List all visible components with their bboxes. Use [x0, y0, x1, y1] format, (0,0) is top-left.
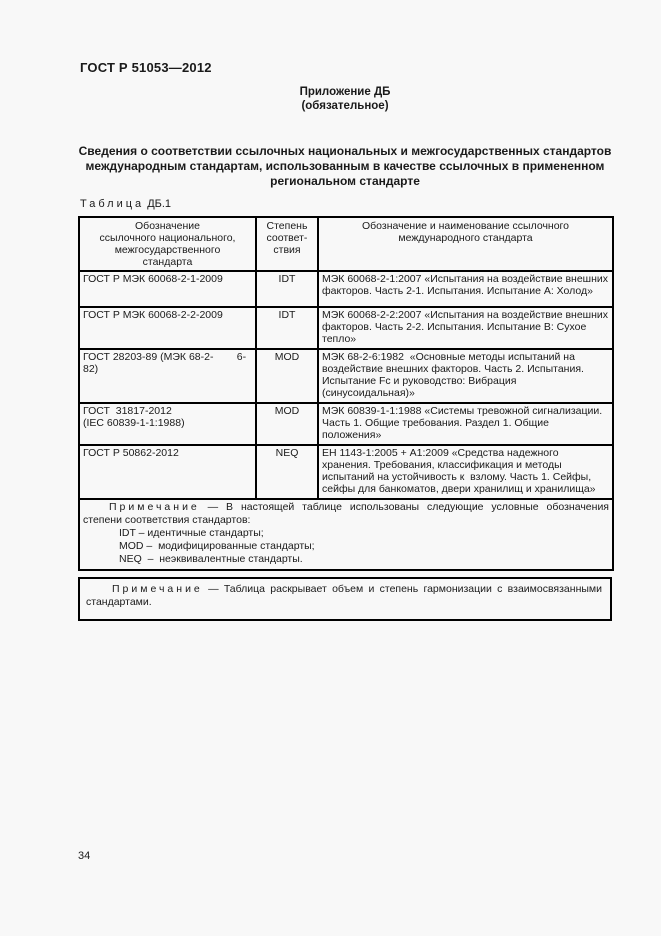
table-label: Таблица ДБ.1 [80, 198, 171, 210]
standard-code: ГОСТ Р 51053—2012 [80, 60, 212, 75]
designation-cell: ГОСТ Р 50862-2012 [79, 445, 256, 499]
designation-cell: ГОСТ Р МЭК 60068-2-1-2009 [79, 271, 256, 307]
footnote-paragraph: Примечание — Таблица раскрывает объем и … [86, 583, 602, 609]
table-header-row: Обозначение ссылочного национального, ме… [79, 217, 613, 271]
degree-cell: MOD [256, 403, 318, 445]
note-label: Примечание [109, 501, 200, 513]
table-note-cell: Примечание — В настоящей таблице использ… [79, 499, 613, 570]
appendix-subtitle: (обязательное) [78, 99, 612, 113]
table-label-number: ДБ.1 [147, 198, 171, 210]
degree-cell: IDT [256, 271, 318, 307]
document-page: ГОСТ Р 51053—2012 Приложение ДБ (обязате… [0, 0, 661, 936]
footnote-label: Примечание [112, 583, 203, 595]
table-note-row: Примечание — В настоящей таблице использ… [79, 499, 613, 570]
appendix-title-block: Приложение ДБ (обязательное) [78, 85, 612, 113]
note-item-neq: NEQ – неэквивалентные стандарты. [119, 553, 609, 566]
page-number: 34 [78, 850, 90, 862]
note-item-idt: IDT – идентичные стандарты; [119, 527, 609, 540]
international-standard-cell: МЭК 68-2-6:1982 «Основные методы испытан… [318, 349, 613, 403]
international-standard-cell: МЭК 60839-1-1:1988 «Системы тревожной си… [318, 403, 613, 445]
table-head: Обозначение ссылочного национального, ме… [79, 217, 613, 271]
designation-cell: ГОСТ Р МЭК 60068-2-2-2009 [79, 307, 256, 349]
table-row: ГОСТ Р МЭК 60068-2-2-2009 IDT МЭК 60068-… [79, 307, 613, 349]
column-header-international: Обозначение и наименование ссылочного ме… [318, 217, 613, 271]
table-row: ГОСТ 28203-89 (МЭК 68-2- 6- 82) MOD МЭК … [79, 349, 613, 403]
international-standard-cell: МЭК 60068-2-2:2007 «Испытания на воздейс… [318, 307, 613, 349]
table-body: ГОСТ Р МЭК 60068-2-1-2009 IDT МЭК 60068-… [79, 271, 613, 570]
note-items-list: IDT – идентичные стандарты; MOD – модифи… [119, 527, 609, 566]
note-item-mod: MOD – модифицированные стандарты; [119, 540, 609, 553]
table-label-word: Таблица [80, 198, 144, 210]
table-row: ГОСТ Р 50862-2012 NEQ ЕН 1143-1:2005 + А… [79, 445, 613, 499]
column-header-designation: Обозначение ссылочного национального, ме… [79, 217, 256, 271]
appendix-title: Приложение ДБ [78, 85, 612, 99]
table-note-paragraph: Примечание — В настоящей таблице использ… [83, 501, 609, 527]
correspondence-table: Обозначение ссылочного национального, ме… [78, 216, 614, 571]
international-standard-cell: МЭК 60068-2-1:2007 «Испытания на воздейс… [318, 271, 613, 307]
international-standard-cell: ЕН 1143-1:2005 + А1:2009 «Средства надеж… [318, 445, 613, 499]
degree-cell: NEQ [256, 445, 318, 499]
table-row: ГОСТ 31817-2012 (IEC 60839-1-1:1988) MOD… [79, 403, 613, 445]
footnote-box: Примечание — Таблица раскрывает объем и … [78, 577, 612, 621]
table-content-area: Обозначение ссылочного национального, ме… [78, 216, 612, 621]
column-header-degree: Степень соответ- ствия [256, 217, 318, 271]
designation-cell: ГОСТ 31817-2012 (IEC 60839-1-1:1988) [79, 403, 256, 445]
degree-cell: MOD [256, 349, 318, 403]
table-row: ГОСТ Р МЭК 60068-2-1-2009 IDT МЭК 60068-… [79, 271, 613, 307]
designation-cell: ГОСТ 28203-89 (МЭК 68-2- 6- 82) [79, 349, 256, 403]
document-heading: Сведения о соответствии ссылочных национ… [78, 144, 612, 189]
degree-cell: IDT [256, 307, 318, 349]
